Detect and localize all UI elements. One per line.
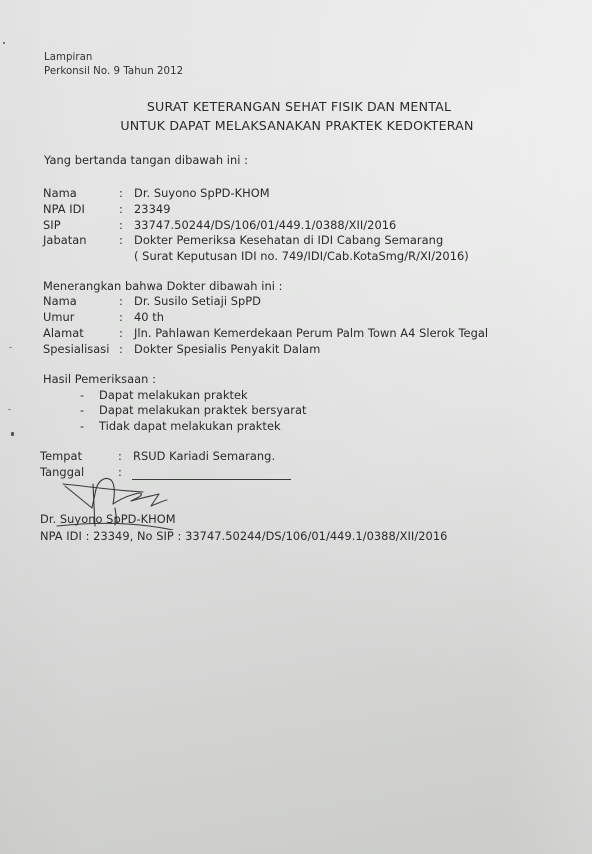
field-label: Spesialisasi <box>43 342 110 356</box>
attachment-label: Lampiran <box>44 52 92 63</box>
bullet-dash: - <box>80 403 84 417</box>
field-colon: : <box>119 233 123 247</box>
health-certificate-document: Lampiran Perkonsil No. 9 Tahun 2012 SURA… <box>0 0 592 854</box>
field-label: NPA IDI <box>43 202 85 216</box>
field-value: 33747.50244/DS/106/01/449.1/0388/XII/201… <box>134 218 396 232</box>
decree-reference: ( Surat Keputusan IDI no. 749/IDI/Cab.Ko… <box>134 249 469 263</box>
field-label: Alamat <box>43 326 84 340</box>
signer-printed-name: Dr. Suyono SpPD-KHOM <box>40 512 176 526</box>
field-colon: : <box>119 326 123 340</box>
field-colon: : <box>119 310 123 324</box>
field-colon: : <box>119 342 123 356</box>
field-label: Tempat <box>40 449 82 463</box>
result-option-text: Tidak dapat melakukan praktek <box>99 419 281 433</box>
field-value: Dokter Pemeriksa Kesehatan di IDI Cabang… <box>134 233 443 247</box>
field-value: Dr. Suyono SpPD-KHOM <box>134 186 270 200</box>
result-option-text: Dapat melakukan praktek bersyarat <box>99 403 307 417</box>
field-label: SIP <box>43 218 61 232</box>
field-value: Dr. Susilo Setiaji SpPD <box>134 294 261 308</box>
paper-speck <box>8 409 11 410</box>
paper-speck <box>11 432 14 436</box>
field-colon: : <box>119 202 123 216</box>
field-colon: : <box>119 294 123 308</box>
result-option-text: Dapat melakukan praktek <box>99 388 248 402</box>
signer-credentials: NPA IDI : 23349, No SIP : 33747.50244/DS… <box>40 529 447 543</box>
field-label: Jabatan <box>43 233 87 247</box>
regulation-reference: Perkonsil No. 9 Tahun 2012 <box>44 66 183 77</box>
field-value: 23349 <box>134 202 171 216</box>
signer-intro: Yang bertanda tangan dibawah ini : <box>44 153 248 167</box>
field-value: Jln. Pahlawan Kemerdekaan Perum Palm Tow… <box>134 326 488 340</box>
field-label: Nama <box>43 186 77 200</box>
paper-speck <box>3 42 5 44</box>
bullet-dash: - <box>80 388 84 402</box>
place-value: RSUD Kariadi Semarang. <box>133 449 275 463</box>
field-label: Nama <box>43 294 77 308</box>
document-title-line2: UNTUK DAPAT MELAKSANAKAN PRAKTEK KEDOKTE… <box>0 118 592 133</box>
field-label: Umur <box>43 310 75 324</box>
bullet-dash: - <box>80 419 84 433</box>
field-value: 40 th <box>134 310 164 324</box>
subject-intro: Menerangkan bahwa Dokter dibawah ini : <box>43 279 283 293</box>
paper-speck <box>9 347 12 348</box>
results-heading: Hasil Pemeriksaan : <box>43 372 156 386</box>
document-title-line1: SURAT KETERANGAN SEHAT FISIK DAN MENTAL <box>0 99 592 114</box>
field-colon: : <box>119 186 123 200</box>
field-value: Dokter Spesialis Penyakit Dalam <box>134 342 320 356</box>
field-colon: : <box>118 449 122 463</box>
field-colon: : <box>119 218 123 232</box>
